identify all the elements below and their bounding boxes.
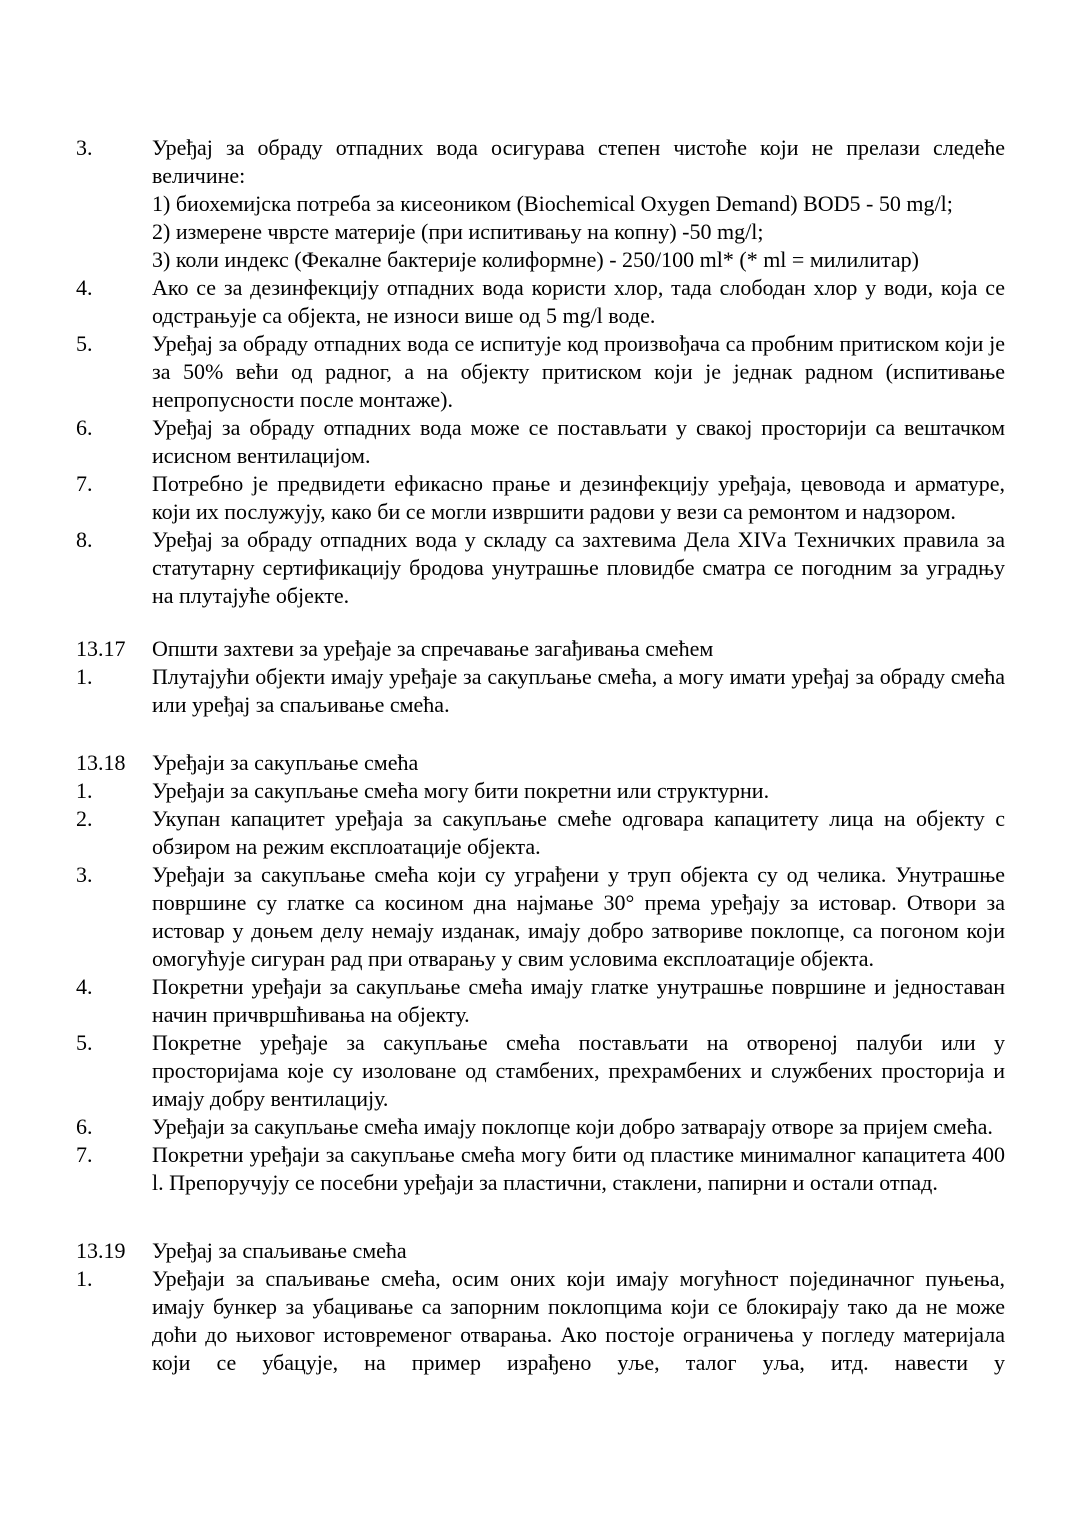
item-number: 8. bbox=[76, 526, 152, 554]
item-paragraph: Покретни уређаји за сакупљање смећа могу… bbox=[152, 1141, 1005, 1197]
list-item-5: 5. Уређај за обраду отпадних вода се исп… bbox=[76, 330, 1005, 414]
item-subline: 3) коли индекс (Фекалне бактерије колифо… bbox=[152, 246, 1005, 274]
item-paragraph-continued: Уређаји за спаљивање смећа, осим оних ко… bbox=[152, 1265, 1005, 1377]
section-title-body: Уређај за спаљивање смећа bbox=[152, 1237, 1005, 1265]
item-number: 1. bbox=[76, 777, 152, 805]
item-paragraph: Укупан капацитет уређаја за сакупљање см… bbox=[152, 805, 1005, 861]
section-title-body: Уређаји за сакупљање смећа bbox=[152, 749, 1005, 777]
item-paragraph: Уређаји за сакупљање смећа могу бити пок… bbox=[152, 777, 1005, 805]
list-item-8: 8. Уређај за обраду отпадних вода у скла… bbox=[76, 526, 1005, 610]
item-body: Уређаји за сакупљање смећа имају поклопц… bbox=[152, 1113, 1005, 1141]
item-body: Уређај за обраду отпадних вода у складу … bbox=[152, 526, 1005, 610]
section-number: 13.18 bbox=[76, 749, 152, 777]
document-content: 3. Уређај за обраду отпадних вода осигур… bbox=[76, 134, 1005, 1377]
item-body: Покретни уређаји за сакупљање смећа могу… bbox=[152, 1141, 1005, 1197]
item-paragraph: Ако се за дезинфекцију отпадних вода кор… bbox=[152, 274, 1005, 330]
item-subline: 2) измерене чврсте материје (при испитив… bbox=[152, 218, 1005, 246]
section-title: Уређај за спаљивање смећа bbox=[152, 1237, 1005, 1265]
item-number: 4. bbox=[76, 274, 152, 302]
item-body: Уређаји за спаљивање смећа, осим оних ко… bbox=[152, 1265, 1005, 1377]
item-paragraph: Уређаји за сакупљање смећа имају поклопц… bbox=[152, 1113, 1005, 1141]
item-number: 4. bbox=[76, 973, 152, 1001]
item-paragraph: Потребно је предвидети ефикасно прање и … bbox=[152, 470, 1005, 526]
item-body: Уређаји за сакупљање смећа могу бити пок… bbox=[152, 777, 1005, 805]
list-item-3: 3. Уређај за обраду отпадних вода осигур… bbox=[76, 134, 1005, 274]
list-item-13-17-1: 1. Плутајући објекти имају уређаје за са… bbox=[76, 663, 1005, 719]
item-number: 6. bbox=[76, 414, 152, 442]
item-subline: 1) биохемијска потреба за кисеоником (Bi… bbox=[152, 190, 1005, 218]
list-item-13-18-4: 4. Покретни уређаји за сакупљање смећа и… bbox=[76, 973, 1005, 1029]
item-body: Покретне уређаје за сакупљање смећа пост… bbox=[152, 1029, 1005, 1113]
list-item-13-18-3: 3. Уређаји за сакупљање смећа који су уг… bbox=[76, 861, 1005, 973]
item-paragraph: Покретни уређаји за сакупљање смећа имај… bbox=[152, 973, 1005, 1029]
item-number: 1. bbox=[76, 1265, 152, 1293]
item-paragraph: Плутајући објекти имају уређаје за сакуп… bbox=[152, 663, 1005, 719]
item-paragraph: Уређај за обраду отпадних вода у складу … bbox=[152, 526, 1005, 610]
item-paragraph: Уређај за обраду отпадних вода осигурава… bbox=[152, 134, 1005, 190]
item-number: 5. bbox=[76, 1029, 152, 1057]
item-paragraph: Уређај за обраду отпадних вода може се п… bbox=[152, 414, 1005, 470]
list-item-13-19-1: 1. Уређаји за спаљивање смећа, осим оних… bbox=[76, 1265, 1005, 1377]
list-item-7: 7. Потребно је предвидети ефикасно прање… bbox=[76, 470, 1005, 526]
item-paragraph: Уређај за обраду отпадних вода се испиту… bbox=[152, 330, 1005, 414]
list-item-13-18-2: 2. Укупан капацитет уређаја за сакупљање… bbox=[76, 805, 1005, 861]
item-body: Уређаји за сакупљање смећа који су уграђ… bbox=[152, 861, 1005, 973]
item-body: Ако се за дезинфекцију отпадних вода кор… bbox=[152, 274, 1005, 330]
item-number: 5. bbox=[76, 330, 152, 358]
list-item-4: 4. Ако се за дезинфекцију отпадних вода … bbox=[76, 274, 1005, 330]
section-number: 13.17 bbox=[76, 635, 152, 663]
list-item-13-18-5: 5. Покретне уређаје за сакупљање смећа п… bbox=[76, 1029, 1005, 1113]
section-title-body: Општи захтеви за уређаје за спречавање з… bbox=[152, 635, 1005, 663]
item-body: Уређај за обраду отпадних вода осигурава… bbox=[152, 134, 1005, 274]
list-item-13-18-1: 1. Уређаји за сакупљање смећа могу бити … bbox=[76, 777, 1005, 805]
item-number: 1. bbox=[76, 663, 152, 691]
item-paragraph: Уређаји за сакупљање смећа који су уграђ… bbox=[152, 861, 1005, 973]
item-body: Уређај за обраду отпадних вода се испиту… bbox=[152, 330, 1005, 414]
section-heading-13-17: 13.17 Општи захтеви за уређаје за спреча… bbox=[76, 635, 1005, 663]
item-body: Укупан капацитет уређаја за сакупљање см… bbox=[152, 805, 1005, 861]
item-body: Покретни уређаји за сакупљање смећа имај… bbox=[152, 973, 1005, 1029]
item-number: 2. bbox=[76, 805, 152, 833]
item-body: Потребно је предвидети ефикасно прање и … bbox=[152, 470, 1005, 526]
list-item-6: 6. Уређај за обраду отпадних вода може с… bbox=[76, 414, 1005, 470]
section-title: Уређаји за сакупљање смећа bbox=[152, 749, 1005, 777]
item-number: 3. bbox=[76, 861, 152, 889]
section-heading-13-18: 13.18 Уређаји за сакупљање смећа bbox=[76, 749, 1005, 777]
item-number: 7. bbox=[76, 1141, 152, 1169]
item-body: Плутајући објекти имају уређаје за сакуп… bbox=[152, 663, 1005, 719]
list-item-13-18-7: 7. Покретни уређаји за сакупљање смећа м… bbox=[76, 1141, 1005, 1197]
section-title: Општи захтеви за уређаје за спречавање з… bbox=[152, 635, 1005, 663]
item-paragraph: Покретне уређаје за сакупљање смећа пост… bbox=[152, 1029, 1005, 1113]
list-item-13-18-6: 6. Уређаји за сакупљање смећа имају покл… bbox=[76, 1113, 1005, 1141]
document-page: 3. Уређај за обраду отпадних вода осигур… bbox=[0, 0, 1090, 1530]
item-number: 6. bbox=[76, 1113, 152, 1141]
item-number: 3. bbox=[76, 134, 152, 162]
section-heading-13-19: 13.19 Уређај за спаљивање смећа bbox=[76, 1237, 1005, 1265]
section-number: 13.19 bbox=[76, 1237, 152, 1265]
item-number: 7. bbox=[76, 470, 152, 498]
item-body: Уређај за обраду отпадних вода може се п… bbox=[152, 414, 1005, 470]
